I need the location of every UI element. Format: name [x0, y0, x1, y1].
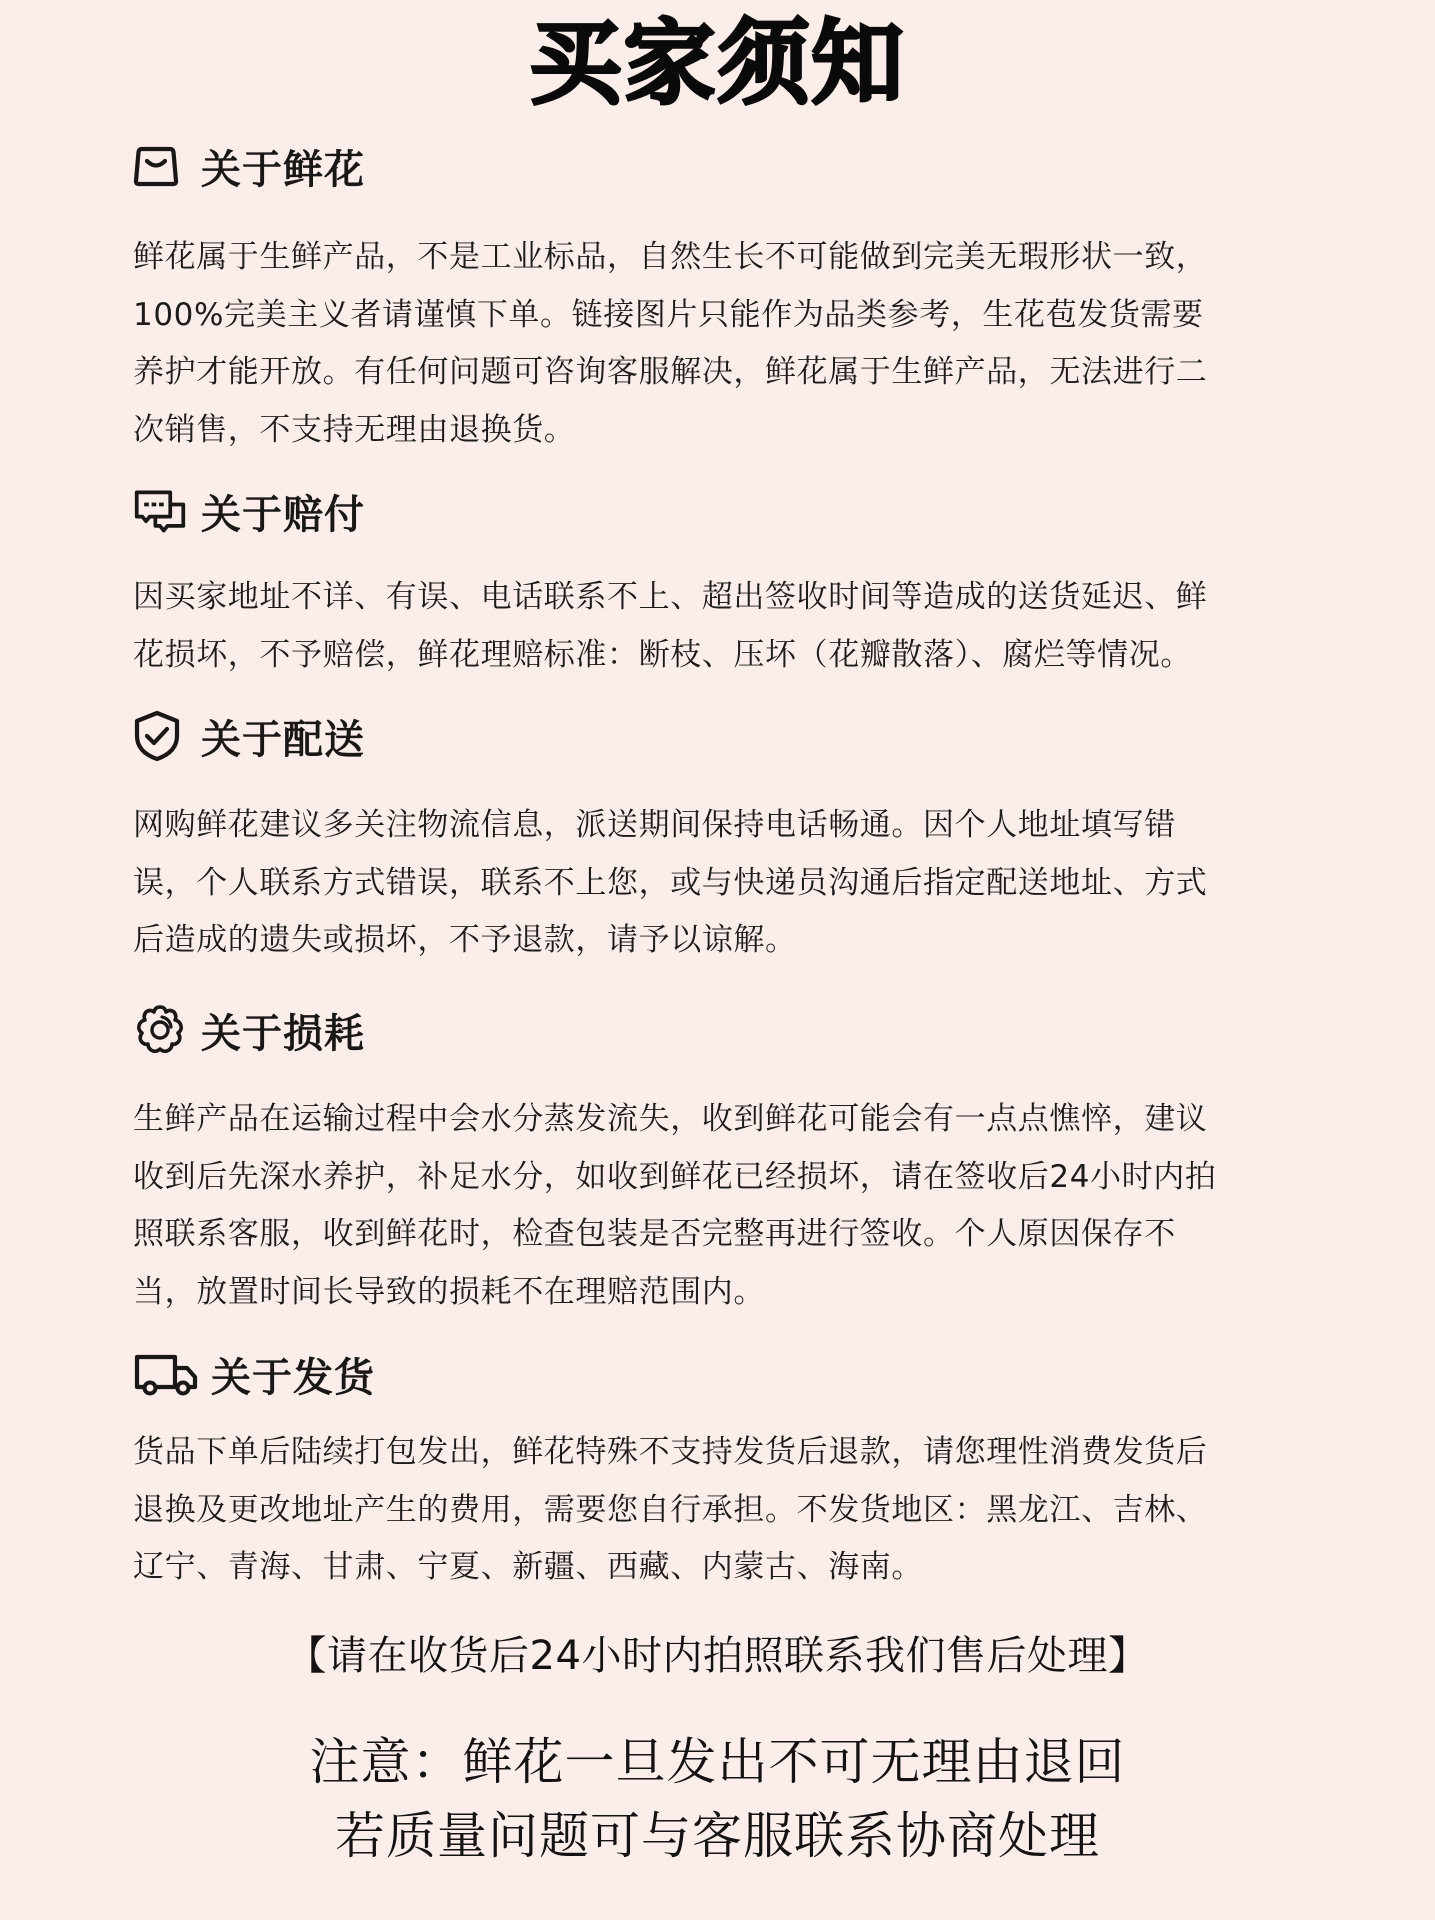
section-heading-compensation: 关于赔付	[133, 481, 365, 541]
shopping-bag-icon	[133, 139, 187, 193]
section-heading-shipping: 关于发货	[133, 1344, 375, 1404]
section-heading-text: 关于发货	[211, 1346, 375, 1403]
section-body-shipping: 货品下单后陆续打包发出，鲜花特殊不支持发货后退款，请您理性消费发货后 退换及更改…	[133, 1424, 1308, 1597]
section-heading-text: 关于配送	[201, 708, 365, 765]
body-line: 当，放置时间长导致的损耗不在理赔范围内。	[133, 1264, 1308, 1322]
body-line: 花损坏，不予赔偿，鲜花理赔标准：断枝、压坏（花瓣散落）、腐烂等情况。	[133, 627, 1308, 685]
body-line: 养护才能开放。有任何问题可咨询客服解决，鲜花属于生鲜产品，无法进行二	[133, 344, 1308, 402]
body-line: 收到后先深水养护，补足水分，如收到鲜花已经损坏，请在签收后24小时内拍	[133, 1149, 1308, 1207]
body-line: 辽宁、青海、甘肃、宁夏、新疆、西藏、内蒙古、海南。	[133, 1539, 1308, 1597]
body-line: 100%完美主义者请谨慎下单。链接图片只能作为品类参考，生花苞发货需要	[133, 287, 1308, 345]
shield-check-icon	[133, 709, 187, 763]
section-heading-text: 关于鲜花	[201, 138, 365, 195]
notice-line-2: 若质量问题可与客服联系协商处理	[0, 1799, 1435, 1873]
notice-line-1: 注意：鲜花一旦发出不可无理由退回	[0, 1725, 1435, 1799]
body-line: 退换及更改地址产生的费用，需要您自行承担。不发货地区：黑龙江、吉林、	[133, 1482, 1308, 1540]
section-body-flowers: 鲜花属于生鲜产品，不是工业标品，自然生长不可能做到完美无瑕形状一致， 100%完…	[133, 229, 1308, 459]
after-sales-callout: 【请在收货后24小时内拍照联系我们售后处理】	[0, 1624, 1435, 1681]
page-title: 买家须知	[0, 14, 1435, 114]
section-heading-flowers: 关于鲜花	[133, 136, 365, 196]
return-notice: 注意：鲜花一旦发出不可无理由退回 若质量问题可与客服联系协商处理	[0, 1725, 1435, 1873]
section-body-loss: 生鲜产品在运输过程中会水分蒸发流失，收到鲜花可能会有一点点憔悴，建议 收到后先深…	[133, 1091, 1308, 1321]
body-line: 误，个人联系方式错误，联系不上您，或与快递员沟通后指定配送地址、方式	[133, 855, 1308, 913]
section-heading-loss: 关于损耗	[133, 1000, 365, 1060]
delivery-truck-icon	[133, 1347, 203, 1401]
body-line: 后造成的遗失或损坏，不予退款，请予以谅解。	[133, 912, 1308, 970]
section-heading-text: 关于赔付	[201, 483, 365, 540]
section-body-delivery: 网购鲜花建议多关注物流信息，派送期间保持电话畅通。因个人地址填写错 误，个人联系…	[133, 797, 1308, 970]
chat-bubbles-icon	[133, 484, 187, 538]
body-line: 因买家地址不详、有误、电话联系不上、超出签收时间等造成的送货延迟、鲜	[133, 569, 1308, 627]
body-line: 生鲜产品在运输过程中会水分蒸发流失，收到鲜花可能会有一点点憔悴，建议	[133, 1091, 1308, 1149]
body-line: 货品下单后陆续打包发出，鲜花特殊不支持发货后退款，请您理性消费发货后	[133, 1424, 1308, 1482]
body-line: 鲜花属于生鲜产品，不是工业标品，自然生长不可能做到完美无瑕形状一致，	[133, 229, 1308, 287]
body-line: 次销售，不支持无理由退换货。	[133, 402, 1308, 460]
body-line: 照联系客服，收到鲜花时，检查包装是否完整再进行签收。个人原因保存不	[133, 1206, 1308, 1264]
body-line: 网购鲜花建议多关注物流信息，派送期间保持电话畅通。因个人地址填写错	[133, 797, 1308, 855]
section-body-compensation: 因买家地址不详、有误、电话联系不上、超出签收时间等造成的送货延迟、鲜 花损坏，不…	[133, 569, 1308, 684]
flower-badge-icon	[133, 1003, 187, 1057]
section-heading-text: 关于损耗	[201, 1002, 365, 1059]
section-heading-delivery: 关于配送	[133, 706, 365, 766]
